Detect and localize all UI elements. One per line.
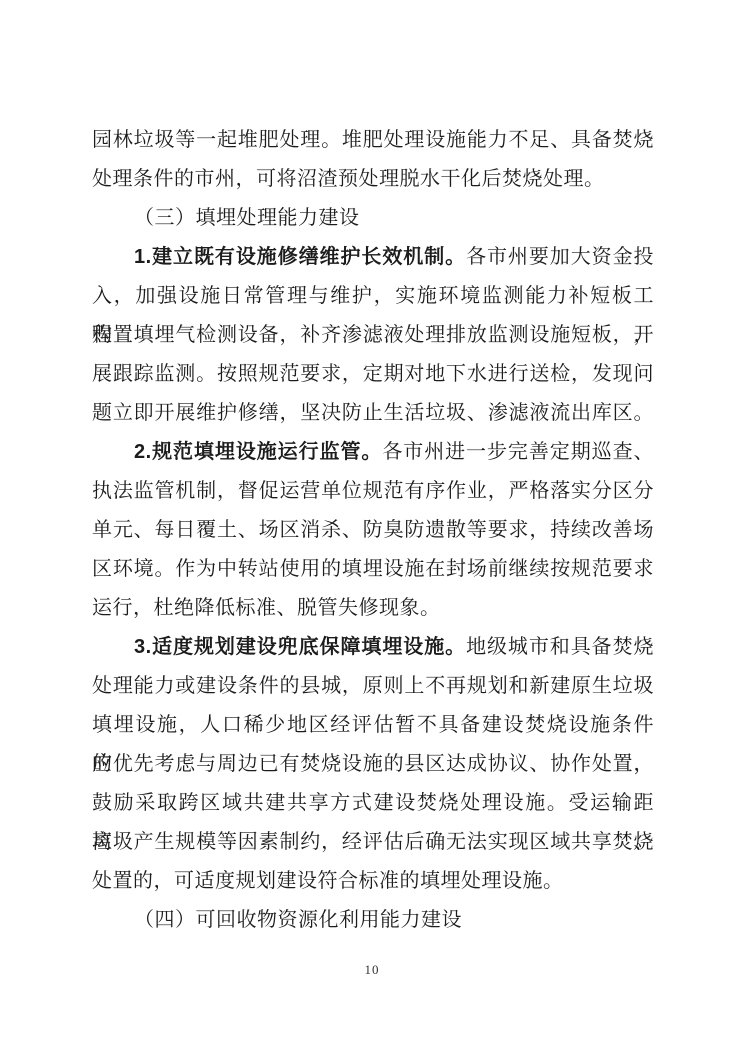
line-text: 题立即开展维护修缮，坚决防止生活垃圾、渗滤液流出库区。 — [92, 402, 654, 424]
section-heading-text: （四）可回收物资源化利用能力建设 — [134, 909, 462, 931]
paragraph-line: 1.建立既有设施修缮维护长效机制。各市州要加大资金投 — [92, 238, 654, 277]
line-text: 各市州进一步完善定期巡查、 — [382, 441, 654, 463]
paragraph-line: 题立即开展维护修缮，坚决防止生活垃圾、渗滤液流出库区。 — [92, 394, 654, 433]
paragraph-lead: 2.规范填埋设施运行监管。 — [134, 441, 382, 463]
line-text: 垃圾产生规模等因素制约，经评估后确无法实现区域共享焚烧 — [92, 831, 654, 853]
section-heading-text: （三）填埋处理能力建设 — [134, 207, 360, 229]
line-text: 各市州要加大资金投 — [466, 246, 654, 268]
paragraph-line: 区环境。作为中转站使用的填埋设施在封场前继续按规范要求 — [92, 550, 654, 589]
line-text: 展跟踪监测。按照规范要求，定期对地下水进行送检，发现问 — [92, 363, 654, 385]
line-text: 区环境。作为中转站使用的填埋设施在封场前继续按规范要求 — [92, 558, 654, 580]
paragraph-lead: 1.建立既有设施修缮维护长效机制。 — [134, 246, 466, 268]
paragraph-line: 购置填埋气检测设备，补齐渗滤液处理排放监测设施短板，开 — [92, 316, 654, 355]
paragraph-line: 处理能力或建设条件的县城，原则上不再规划和新建原生垃圾 — [92, 667, 654, 706]
paragraph-line: 园林垃圾等一起堆肥处理。堆肥处理设施能力不足、具备焚烧 — [92, 121, 654, 160]
paragraph-line: 执法监管机制，督促运营单位规范有序作业，严格落实分区分 — [92, 472, 654, 511]
paragraph-line: 展跟踪监测。按照规范要求，定期对地下水进行送检，发现问 — [92, 355, 654, 394]
paragraph-line: 垃圾产生规模等因素制约，经评估后确无法实现区域共享焚烧 — [92, 823, 654, 862]
paragraph-line: 入，加强设施日常管理与维护，实施环境监测能力补短板工程， — [92, 277, 654, 316]
paragraph-lead: 3.适度规划建设兜底保障填埋设施。 — [134, 636, 466, 658]
paragraph-line: 处理条件的市州，可将沼渣预处理脱水干化后焚烧处理。 — [92, 160, 654, 199]
paragraph-line: 运行，杜绝降低标准、脱管失修现象。 — [92, 589, 654, 628]
paragraph-line: 应优先考虑与周边已有焚烧设施的县区达成协议、协作处置， — [92, 745, 654, 784]
paragraph-line: 填埋设施，人口稀少地区经评估暂不具备建设焚烧设施条件的， — [92, 706, 654, 745]
document-text-block: 园林垃圾等一起堆肥处理。堆肥处理设施能力不足、具备焚烧 处理条件的市州，可将沼渣… — [92, 121, 654, 940]
line-text: 购置填埋气检测设备，补齐渗滤液处理排放监测设施短板，开 — [92, 324, 654, 346]
line-text: 处理能力或建设条件的县城，原则上不再规划和新建原生垃圾 — [92, 675, 654, 697]
line-text: 应优先考虑与周边已有焚烧设施的县区达成协议、协作处置， — [92, 753, 654, 775]
document-page: 园林垃圾等一起堆肥处理。堆肥处理设施能力不足、具备焚烧 处理条件的市州，可将沼渣… — [0, 0, 744, 1052]
line-text: 单元、每日覆土、场区消杀、防臭防遗散等要求，持续改善场 — [92, 519, 654, 541]
section-heading: （四）可回收物资源化利用能力建设 — [92, 901, 654, 940]
paragraph-line: 处置的，可适度规划建设符合标准的填埋处理设施。 — [92, 862, 654, 901]
paragraph-line: 2.规范填埋设施运行监管。各市州进一步完善定期巡查、 — [92, 433, 654, 472]
line-text: 处置的，可适度规划建设符合标准的填埋处理设施。 — [92, 870, 564, 892]
line-text: 处理条件的市州，可将沼渣预处理脱水干化后焚烧处理。 — [92, 168, 605, 190]
paragraph-line: 鼓励采取跨区域共建共享方式建设焚烧处理设施。受运输距离、 — [92, 784, 654, 823]
page-number: 10 — [0, 962, 744, 978]
section-heading: （三）填埋处理能力建设 — [92, 199, 654, 238]
line-text: 执法监管机制，督促运营单位规范有序作业，严格落实分区分 — [92, 480, 654, 502]
line-text: 运行，杜绝降低标准、脱管失修现象。 — [92, 597, 441, 619]
paragraph-line: 3.适度规划建设兜底保障填埋设施。地级城市和具备焚烧 — [92, 628, 654, 667]
line-text: 园林垃圾等一起堆肥处理。堆肥处理设施能力不足、具备焚烧 — [92, 129, 654, 151]
paragraph-line: 单元、每日覆土、场区消杀、防臭防遗散等要求，持续改善场 — [92, 511, 654, 550]
line-text: 地级城市和具备焚烧 — [466, 636, 654, 658]
